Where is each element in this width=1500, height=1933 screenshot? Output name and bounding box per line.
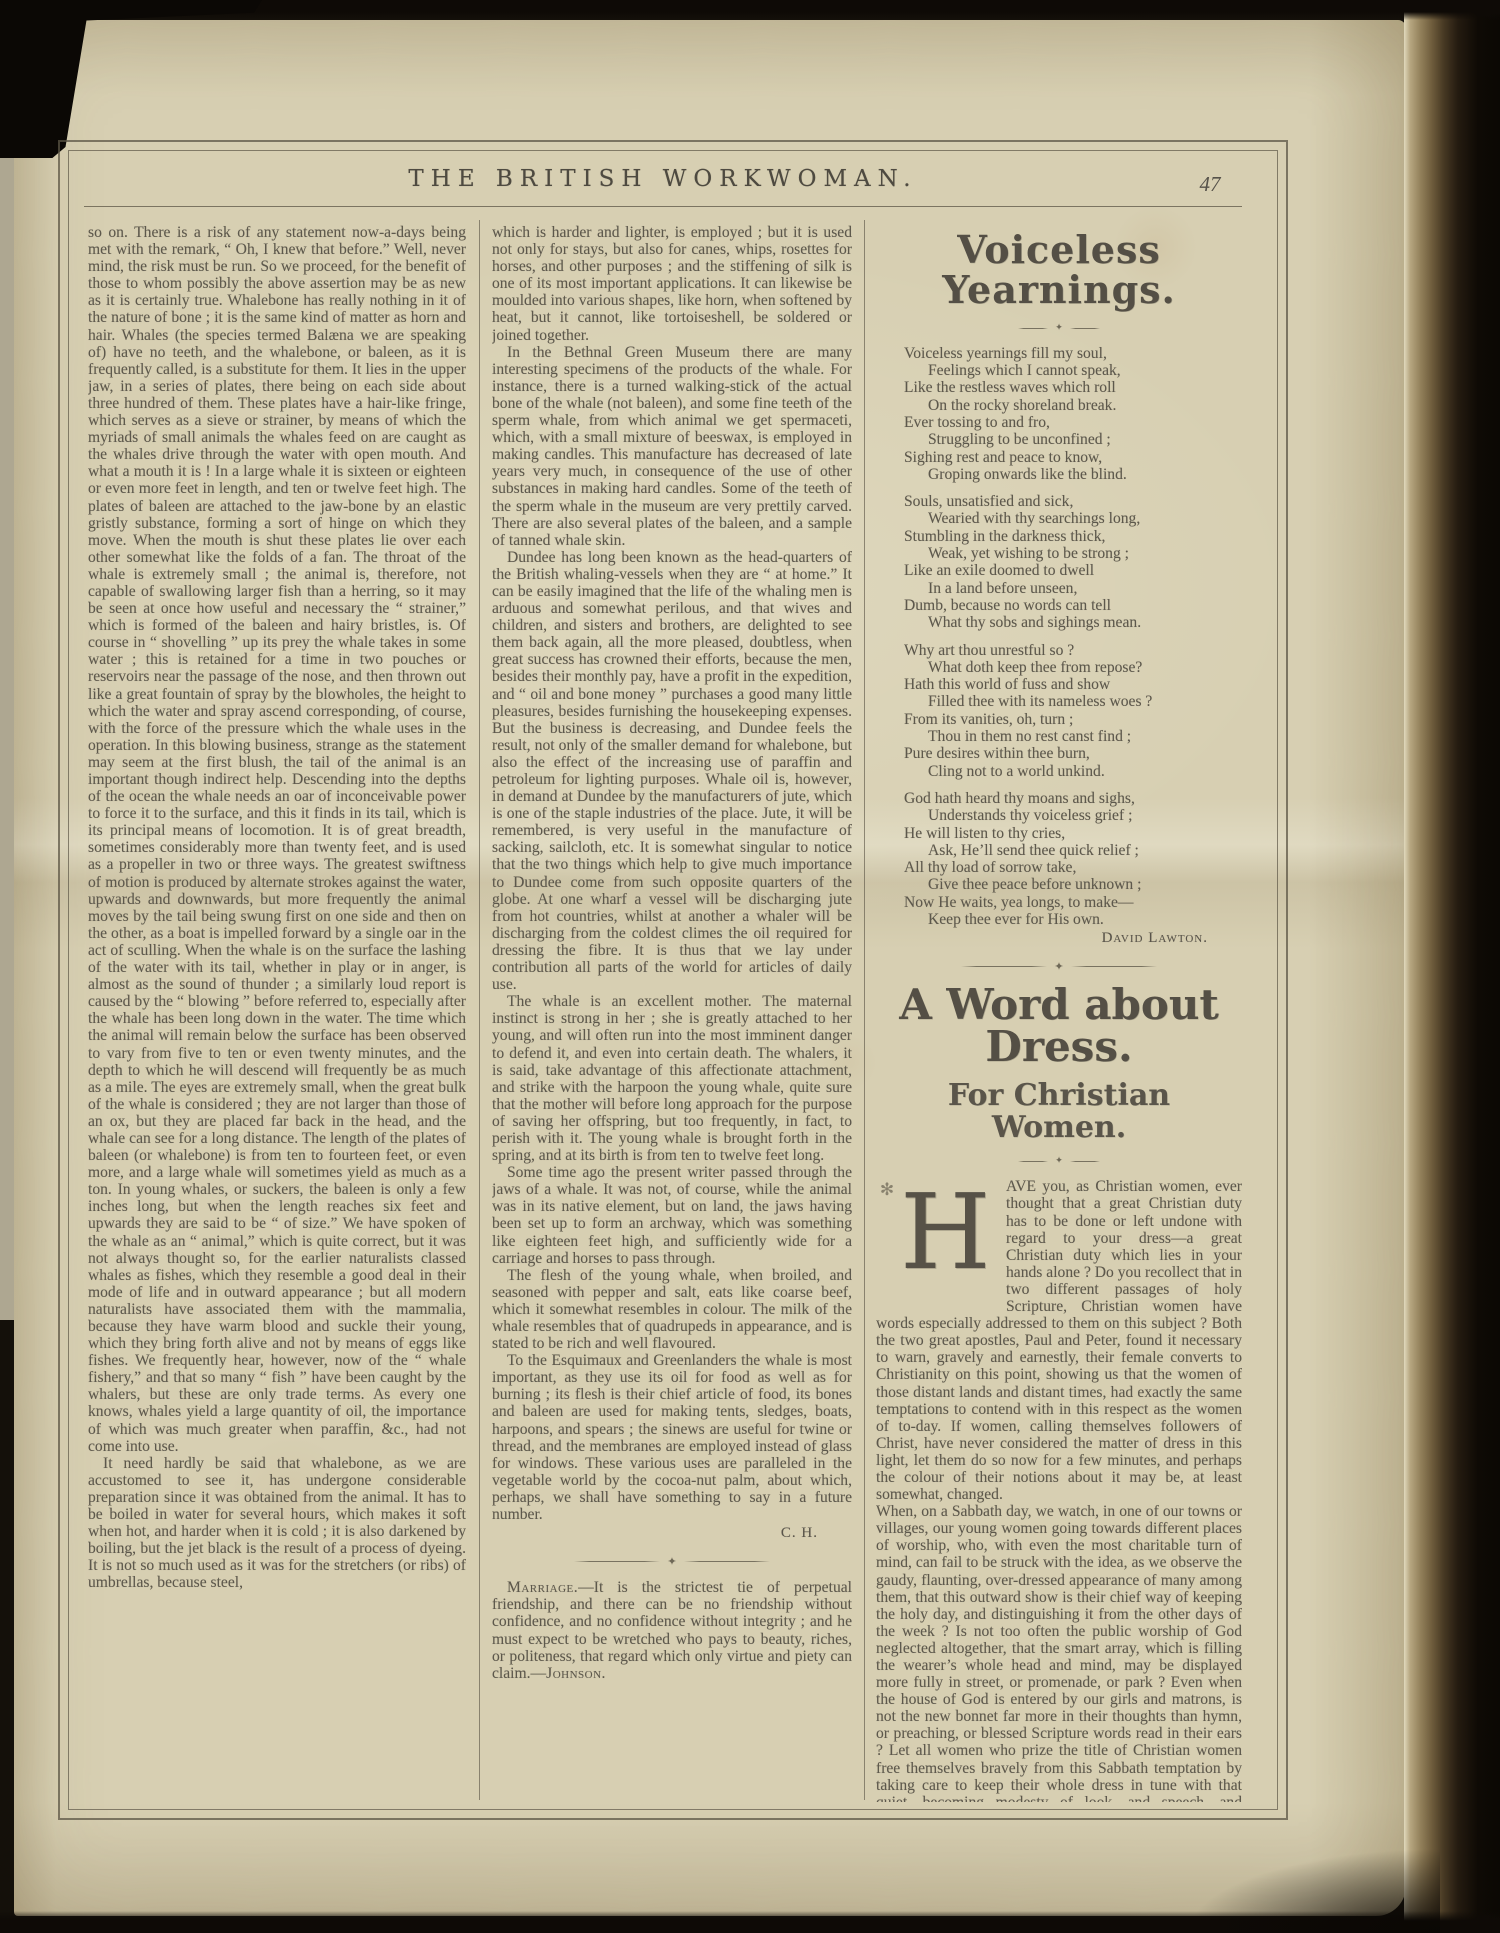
poem-body: Voiceless yearnings fill my soul,Feeling… bbox=[876, 345, 1242, 929]
column-2: which is harder and lighter, is employed… bbox=[492, 224, 852, 1802]
poem-line: Weak, yet wishing to be strong ; bbox=[904, 545, 1242, 562]
ornamental-initial: ✻ H bbox=[876, 1180, 998, 1300]
dress-article-title: A Word about Dress. bbox=[876, 984, 1242, 1068]
poem-line: Wearied with thy searchings long, bbox=[904, 510, 1242, 527]
divider-line bbox=[1071, 966, 1157, 967]
column-1: so on. There is a risk of any statement … bbox=[88, 224, 466, 1802]
article-paragraph: Dundee has long been known as the head-q… bbox=[492, 549, 852, 993]
article-paragraph: The flesh of the young whale, when broil… bbox=[492, 1267, 852, 1352]
poem-stanza: Voiceless yearnings fill my soul,Feeling… bbox=[904, 345, 1242, 483]
book-page-edges bbox=[1404, 0, 1500, 1933]
divider-line bbox=[1018, 328, 1048, 329]
bottom-right-shadow bbox=[1080, 1813, 1440, 1933]
star-ornament-icon: ✦ bbox=[667, 1556, 676, 1567]
poem-line: Give thee peace before unknown ; bbox=[904, 876, 1242, 893]
divider-line bbox=[684, 1561, 770, 1562]
poem-line: Why art thou unrestful so ? bbox=[904, 642, 1242, 659]
dress-article-subtitle: For Christian Women. bbox=[876, 1080, 1242, 1143]
column-3: Voiceless Yearnings. ✦ Voiceless yearnin… bbox=[876, 224, 1242, 1802]
poem-line: Like an exile doomed to dwell bbox=[904, 562, 1242, 579]
divider-line bbox=[1070, 328, 1100, 329]
divider-line bbox=[574, 1561, 660, 1562]
article-paragraph: When, on a Sabbath day, we watch, in one… bbox=[876, 1503, 1242, 1802]
article-paragraph: which is harder and lighter, is employed… bbox=[492, 224, 852, 344]
section-divider-ornament: ✦ bbox=[876, 961, 1242, 972]
poem-line: Stumbling in the darkness thick, bbox=[904, 528, 1242, 545]
poem-line: What thy sobs and sighings mean. bbox=[904, 614, 1242, 631]
poem-line: Now He waits, yea longs, to make— bbox=[904, 894, 1242, 911]
page-title: THE BRITISH WORKWOMAN. bbox=[408, 166, 917, 192]
poem-author-signature: David Lawton. bbox=[876, 930, 1242, 947]
marriage-attribution: Johnson. bbox=[546, 1665, 606, 1682]
page-left-edge bbox=[0, 140, 14, 1320]
star-ornament-icon: ✦ bbox=[1054, 961, 1063, 972]
poem-line: Souls, unsatisfied and sick, bbox=[904, 493, 1242, 510]
poem-line: Voiceless yearnings fill my soul, bbox=[904, 345, 1242, 362]
poem-line: God hath heard thy moans and sighs, bbox=[904, 790, 1242, 807]
poem-line: Thou in them no rest canst find ; bbox=[904, 728, 1242, 745]
divider-line bbox=[961, 966, 1047, 967]
poem-line: In a land before unseen, bbox=[904, 580, 1242, 597]
dress-opening-paragraph: ✻ H AVE you, as Christian women, ever th… bbox=[876, 1178, 1242, 1503]
dress-title-ornament: ✦ bbox=[876, 1157, 1242, 1166]
poem-title-ornament: ✦ bbox=[876, 324, 1242, 333]
dress-paragraphs: When, on a Sabbath day, we watch, in one… bbox=[876, 1503, 1242, 1802]
article-paragraph: so on. There is a risk of any statement … bbox=[88, 224, 466, 1455]
scanned-page-scene: THE BRITISH WORKWOMAN. 47 so on. There i… bbox=[0, 0, 1500, 1933]
header-rule bbox=[84, 206, 1242, 207]
section-divider-ornament: ✦ bbox=[492, 1556, 852, 1567]
poem-line: Cling not to a world unkind. bbox=[904, 763, 1242, 780]
divider-line bbox=[1070, 1161, 1100, 1162]
author-signature: C. H. bbox=[492, 1525, 852, 1542]
poem-line: Filled thee with its nameless woes ? bbox=[904, 693, 1242, 710]
star-ornament-icon: ✦ bbox=[1055, 1157, 1063, 1166]
poem-line: Keep thee ever for His own. bbox=[904, 911, 1242, 928]
marriage-lead: Marriage. bbox=[507, 1579, 578, 1596]
poem-line: Sighing rest and peace to know, bbox=[904, 449, 1242, 466]
poem-line: Groping onwards like the blind. bbox=[904, 466, 1242, 483]
poem-line: All thy load of sorrow take, bbox=[904, 859, 1242, 876]
poem-line: Like the restless waves which roll bbox=[904, 379, 1242, 396]
article-paragraph: In the Bethnal Green Museum there are ma… bbox=[492, 344, 852, 549]
drop-cap-letter: H bbox=[900, 1176, 991, 1288]
poem-line: On the rocky shoreland break. bbox=[904, 397, 1242, 414]
poem-line: Ever tossing to and fro, bbox=[904, 414, 1242, 431]
divider-line bbox=[1018, 1161, 1048, 1162]
poem-line: From its vanities, oh, turn ; bbox=[904, 711, 1242, 728]
poem-line: Struggling to be unconfined ; bbox=[904, 431, 1242, 448]
masthead: THE BRITISH WORKWOMAN. bbox=[84, 166, 1242, 192]
floral-flourish-icon: ✻ bbox=[876, 1182, 902, 1298]
marriage-paragraph: Marriage.—It is the strictest tie of per… bbox=[492, 1579, 852, 1682]
poem-stanza: Souls, unsatisfied and sick,Wearied with… bbox=[904, 493, 1242, 631]
column-divider-1 bbox=[479, 220, 480, 1800]
poem-line: Understands thy voiceless grief ; bbox=[904, 807, 1242, 824]
poem-stanza: Why art thou unrestful so ?What doth kee… bbox=[904, 642, 1242, 780]
page-number: 47 bbox=[1180, 172, 1240, 197]
column-divider-2 bbox=[864, 220, 865, 1800]
poem-line: Ask, He’ll send thee quick relief ; bbox=[904, 842, 1242, 859]
poem-line: He will listen to thy cries, bbox=[904, 825, 1242, 842]
article-paragraph: It need hardly be said that whalebone, a… bbox=[88, 1455, 466, 1592]
poem-line: Pure desires within thee burn, bbox=[904, 745, 1242, 762]
article-paragraph: Some time ago the present writer passed … bbox=[492, 1164, 852, 1267]
poem-line: Hath this world of fuss and show bbox=[904, 676, 1242, 693]
poem-line: Feelings which I cannot speak, bbox=[904, 362, 1242, 379]
poem-line: What doth keep thee from repose? bbox=[904, 659, 1242, 676]
poem-stanza: God hath heard thy moans and sighs,Under… bbox=[904, 790, 1242, 928]
star-ornament-icon: ✦ bbox=[1055, 324, 1063, 333]
article-paragraph: The whale is an excellent mother. The ma… bbox=[492, 993, 852, 1164]
article-paragraph: To the Esquimaux and Greenlanders the wh… bbox=[492, 1352, 852, 1523]
column-2-paragraphs: which is harder and lighter, is employed… bbox=[492, 224, 852, 1523]
poem-line: Dumb, because no words can tell bbox=[904, 597, 1242, 614]
poem-title: Voiceless Yearnings. bbox=[876, 230, 1242, 310]
